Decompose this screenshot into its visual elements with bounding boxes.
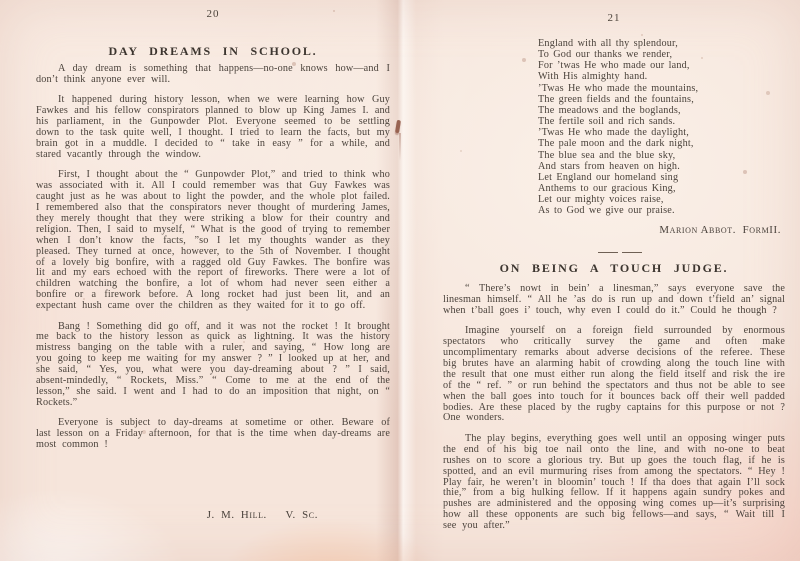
poem-line: The blue sea and the blue sky, xyxy=(538,150,698,161)
page-number-right: 21 xyxy=(443,12,785,24)
poem-line: And stars from heaven on high. xyxy=(538,161,698,172)
paragraph: A day dream is something that happens—no… xyxy=(36,64,390,86)
paragraph: The play begins, everything goes well un… xyxy=(443,434,785,532)
poem-line: Let our mighty voices raise, xyxy=(538,194,698,205)
poem-line: With His almighty hand. xyxy=(538,71,698,82)
page-number-left: 20 xyxy=(36,8,390,20)
article-title-touch-judge: ON BEING A TOUCH JUDGE. xyxy=(443,261,785,276)
poem-line: Anthems to our gracious King, xyxy=(538,183,698,194)
poem-line: To God our thanks we render, xyxy=(538,49,698,60)
section-divider-rule xyxy=(598,252,642,253)
paragraph: Everyone is subject to day-dreams at som… xyxy=(36,418,390,451)
poem-line: The fertile soil and rich sands. xyxy=(538,116,698,127)
author-signature: J. M. Hill. V. Sc. xyxy=(36,509,318,521)
poem-line: Let England our homeland sing xyxy=(538,172,698,183)
article-title-day-dreams: DAY DREAMS IN SCHOOL. xyxy=(36,44,390,59)
poem-line: For ’twas He who made our land, xyxy=(538,60,698,71)
paragraph: “ There’s nowt in bein’ a linesman,” say… xyxy=(443,284,785,317)
poem-line: The meadows and the boglands, xyxy=(538,105,698,116)
paragraph: First, I thought about the “ Gunpowder P… xyxy=(36,170,390,312)
scanned-book-spread: 20 DAY DREAMS IN SCHOOL. A day dream is … xyxy=(0,0,800,561)
paragraph: It happened during history lesson, when … xyxy=(36,95,390,160)
poem-line: ’Twas He who made the daylight, xyxy=(538,127,698,138)
poem-line: The green fields and the fountains, xyxy=(538,94,698,105)
poem-line: England with all thy splendour, xyxy=(538,38,698,49)
article-body-touch-judge: “ There’s nowt in bein’ a linesman,” say… xyxy=(443,284,785,532)
poem-england: England with all thy splendour, To God o… xyxy=(538,38,698,217)
paragraph: Bang ! Something did go off, and it was … xyxy=(36,322,390,409)
poem-line: As to God we give our praise. xyxy=(538,205,698,216)
article-body-day-dreams: A day dream is something that happens—no… xyxy=(36,64,390,451)
page-left: 20 DAY DREAMS IN SCHOOL. A day dream is … xyxy=(0,0,400,561)
page-right: 21 England with all thy splendour, To Go… xyxy=(400,0,800,561)
poem-attribution: Marion Abbot. FormII. xyxy=(443,224,781,236)
poem-line: The pale moon and the dark night, xyxy=(538,138,698,149)
paragraph: Imagine yourself on a foreign field surr… xyxy=(443,326,785,424)
poem-line: ’Twas He who made the mountains, xyxy=(538,83,698,94)
